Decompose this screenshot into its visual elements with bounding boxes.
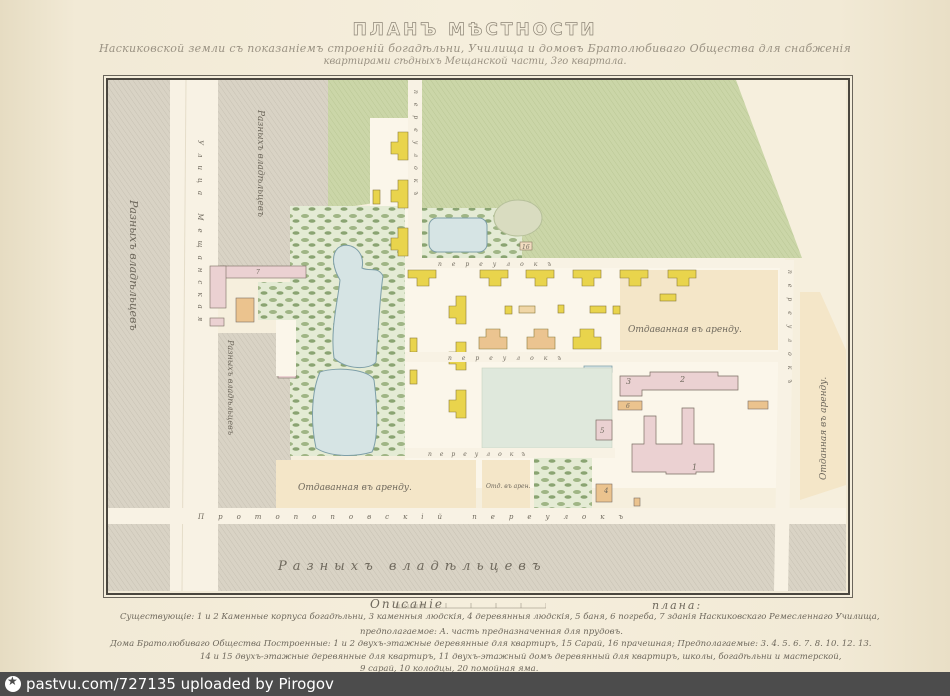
lease-area-middle xyxy=(620,270,778,350)
label-16: 16 xyxy=(522,244,530,251)
label-street-inner-vertical: переулокъ xyxy=(412,90,419,204)
legend-line-4: 14 и 15 двухъ-этажные деревянные для ква… xyxy=(200,652,841,662)
legend-line-2: предполагаемое: А. часть предназначенная… xyxy=(360,627,623,637)
label-street-inner-middle: переулокъ xyxy=(448,355,571,362)
label-building-3: 3 xyxy=(626,377,631,386)
map-subtitle-line1: Наскиковской земли съ показаніемъ строен… xyxy=(0,42,950,55)
site-plan: 16 Отдаванная въ аренду. xyxy=(108,80,846,591)
label-building-1: 1 xyxy=(692,463,697,472)
map-sheet: ПЛАНЪ МѢСТНОСТИ Наскиковской земли съ по… xyxy=(0,0,950,672)
yard xyxy=(482,368,612,448)
label-street-right: переулокъ xyxy=(786,270,793,393)
lease-label-bottom: Отдаванная въ аренду. xyxy=(298,483,412,493)
label-building-4: 4 xyxy=(603,487,608,495)
label-building-7: 7 xyxy=(256,269,260,276)
label-street-inner-lower: переулокъ xyxy=(428,451,533,458)
pastvu-logo-icon xyxy=(5,676,21,692)
label-upper-private: Разныхъ владѣльцевъ xyxy=(255,109,265,217)
label-left-private: Разныхъ владѣльцевъ xyxy=(127,199,140,331)
label-street-left: Улица Мещанская xyxy=(196,140,204,329)
private-land-bottom xyxy=(108,523,846,591)
legend-title-right: плана: xyxy=(652,599,702,612)
label-street-inner-upper: переулокъ xyxy=(438,261,561,268)
legend-line-3: Дома Братолюбиваго Общества Построенные:… xyxy=(110,639,872,649)
map-title: ПЛАНЪ МѢСТНОСТИ xyxy=(0,20,950,40)
label-street-bottom: Протопоповскій переулокъ xyxy=(197,513,637,521)
label-building-5: 5 xyxy=(600,427,605,435)
pond-small xyxy=(429,218,487,252)
lease-label-small: Отд. въ арен. xyxy=(486,483,531,490)
scale-bar xyxy=(396,600,546,612)
attribution-bar: pastvu.com/727135 uploaded by Pirogov xyxy=(0,672,950,696)
label-building-2: 2 xyxy=(679,375,685,384)
lease-label-middle: Отдаванная въ аренду. xyxy=(628,325,742,335)
label-middle-private: Разныхъ владѣльцевъ xyxy=(226,339,235,435)
label-building-6: 6 xyxy=(626,403,630,410)
attribution-link[interactable]: pastvu.com/727135 uploaded by Pirogov xyxy=(26,675,334,693)
pond-lower xyxy=(313,369,377,455)
legend-line-1: Существующіе: 1 и 2 Каменные корпуса бог… xyxy=(120,612,880,622)
map-subtitle-line2: квартирами сѣдныхъ Мещанской части, 3го … xyxy=(0,56,950,67)
label-bottom-private: Разныхъ владѣльцевъ xyxy=(277,559,547,574)
lease-label-right: Отданная въ аренду. xyxy=(819,377,829,480)
